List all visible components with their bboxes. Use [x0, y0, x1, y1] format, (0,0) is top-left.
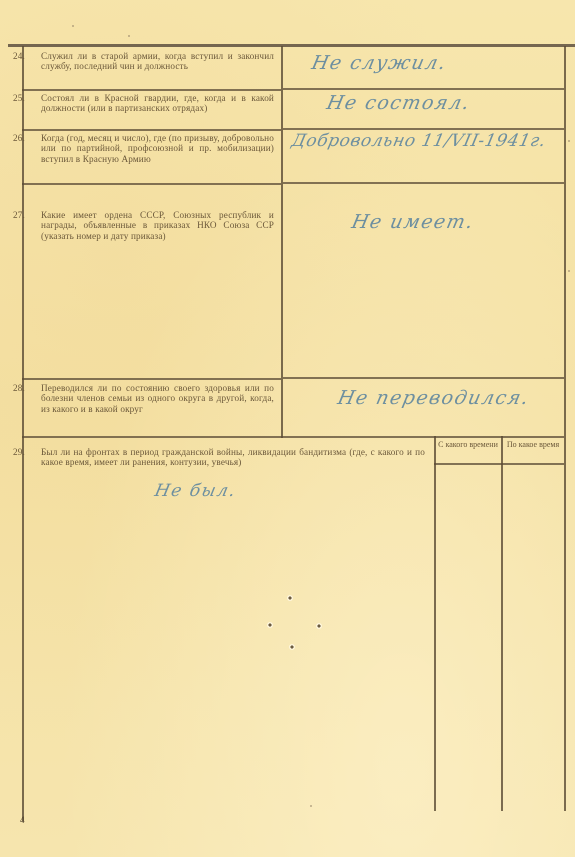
answer-27: Не имеет. [350, 211, 477, 233]
binding-hole [289, 644, 295, 650]
question-24: 24.Служил ли в старой армии, когда вступ… [27, 51, 274, 72]
paper-speck [128, 35, 130, 37]
paper-speck [72, 25, 74, 27]
question-number: 29. [27, 447, 41, 457]
question-number: 28. [27, 383, 41, 393]
question-text: Состоял ли в Красной гвардии, где, когда… [41, 93, 274, 113]
question-25: 25.Состоял ли в Красной гвардии, где, ко… [27, 93, 274, 114]
paper-speck [568, 270, 570, 272]
question-number: 26. [27, 133, 41, 143]
binding-hole [267, 622, 273, 628]
answer-29: Не был. [153, 481, 239, 501]
binding-hole [287, 595, 293, 601]
paper-speck [310, 805, 312, 807]
column-from-left-rule [434, 436, 436, 811]
question-number: 25. [27, 93, 41, 103]
form-page: 24.Служил ли в старой армии, когда вступ… [0, 0, 575, 857]
page-number: 4 [20, 815, 25, 825]
question-number: 24. [27, 51, 41, 61]
row-divider-27-right [283, 377, 564, 379]
left-border [22, 46, 24, 821]
question-text: Какие имеет ордена СССР, Союзных республ… [41, 210, 274, 241]
column-header-to-time: По какое время [503, 440, 563, 449]
row-divider-26-left [22, 183, 281, 185]
row-divider-27-left [22, 378, 281, 380]
binding-hole [316, 623, 322, 629]
column-header-from-time: С какого времени [436, 440, 500, 449]
column-header-rule [434, 463, 564, 465]
answer-28: Не переводился. [336, 387, 532, 409]
row-divider-24-left [22, 89, 281, 91]
question-27: 27.Какие имеет ордена СССР, Союзных респ… [27, 210, 274, 241]
question-text: Был ли на фронтах в период гражданской в… [41, 447, 425, 467]
question-26: 26.Когда (год, месяц и число), где (по п… [27, 133, 274, 164]
top-rule [8, 44, 575, 47]
question-text: Когда (год, месяц и число), где (по приз… [41, 133, 274, 164]
question-29: 29.Был ли на фронтах в период гражданско… [27, 447, 425, 468]
answer-25: Не состоял. [325, 92, 473, 114]
row-divider-25-left [22, 129, 281, 131]
question-number: 27. [27, 210, 41, 220]
question-text: Служил ли в старой армии, когда вступил … [41, 51, 274, 71]
middle-divider [281, 46, 283, 438]
row-divider-26-right [283, 182, 564, 184]
right-border [564, 46, 566, 811]
column-to-left-rule [501, 436, 503, 811]
answer-26: Добровольно 11/VII-1941г. [290, 131, 548, 151]
answer-24: Не служил. [310, 52, 449, 74]
row-divider-24-right [283, 88, 564, 90]
paper-speck [568, 140, 570, 142]
row-divider-25-right [283, 128, 564, 130]
question-28: 28.Переводился ли по состоянию своего зд… [27, 383, 274, 414]
row-divider-28 [22, 436, 564, 438]
question-text: Переводился ли по состоянию своего здоро… [41, 383, 274, 414]
